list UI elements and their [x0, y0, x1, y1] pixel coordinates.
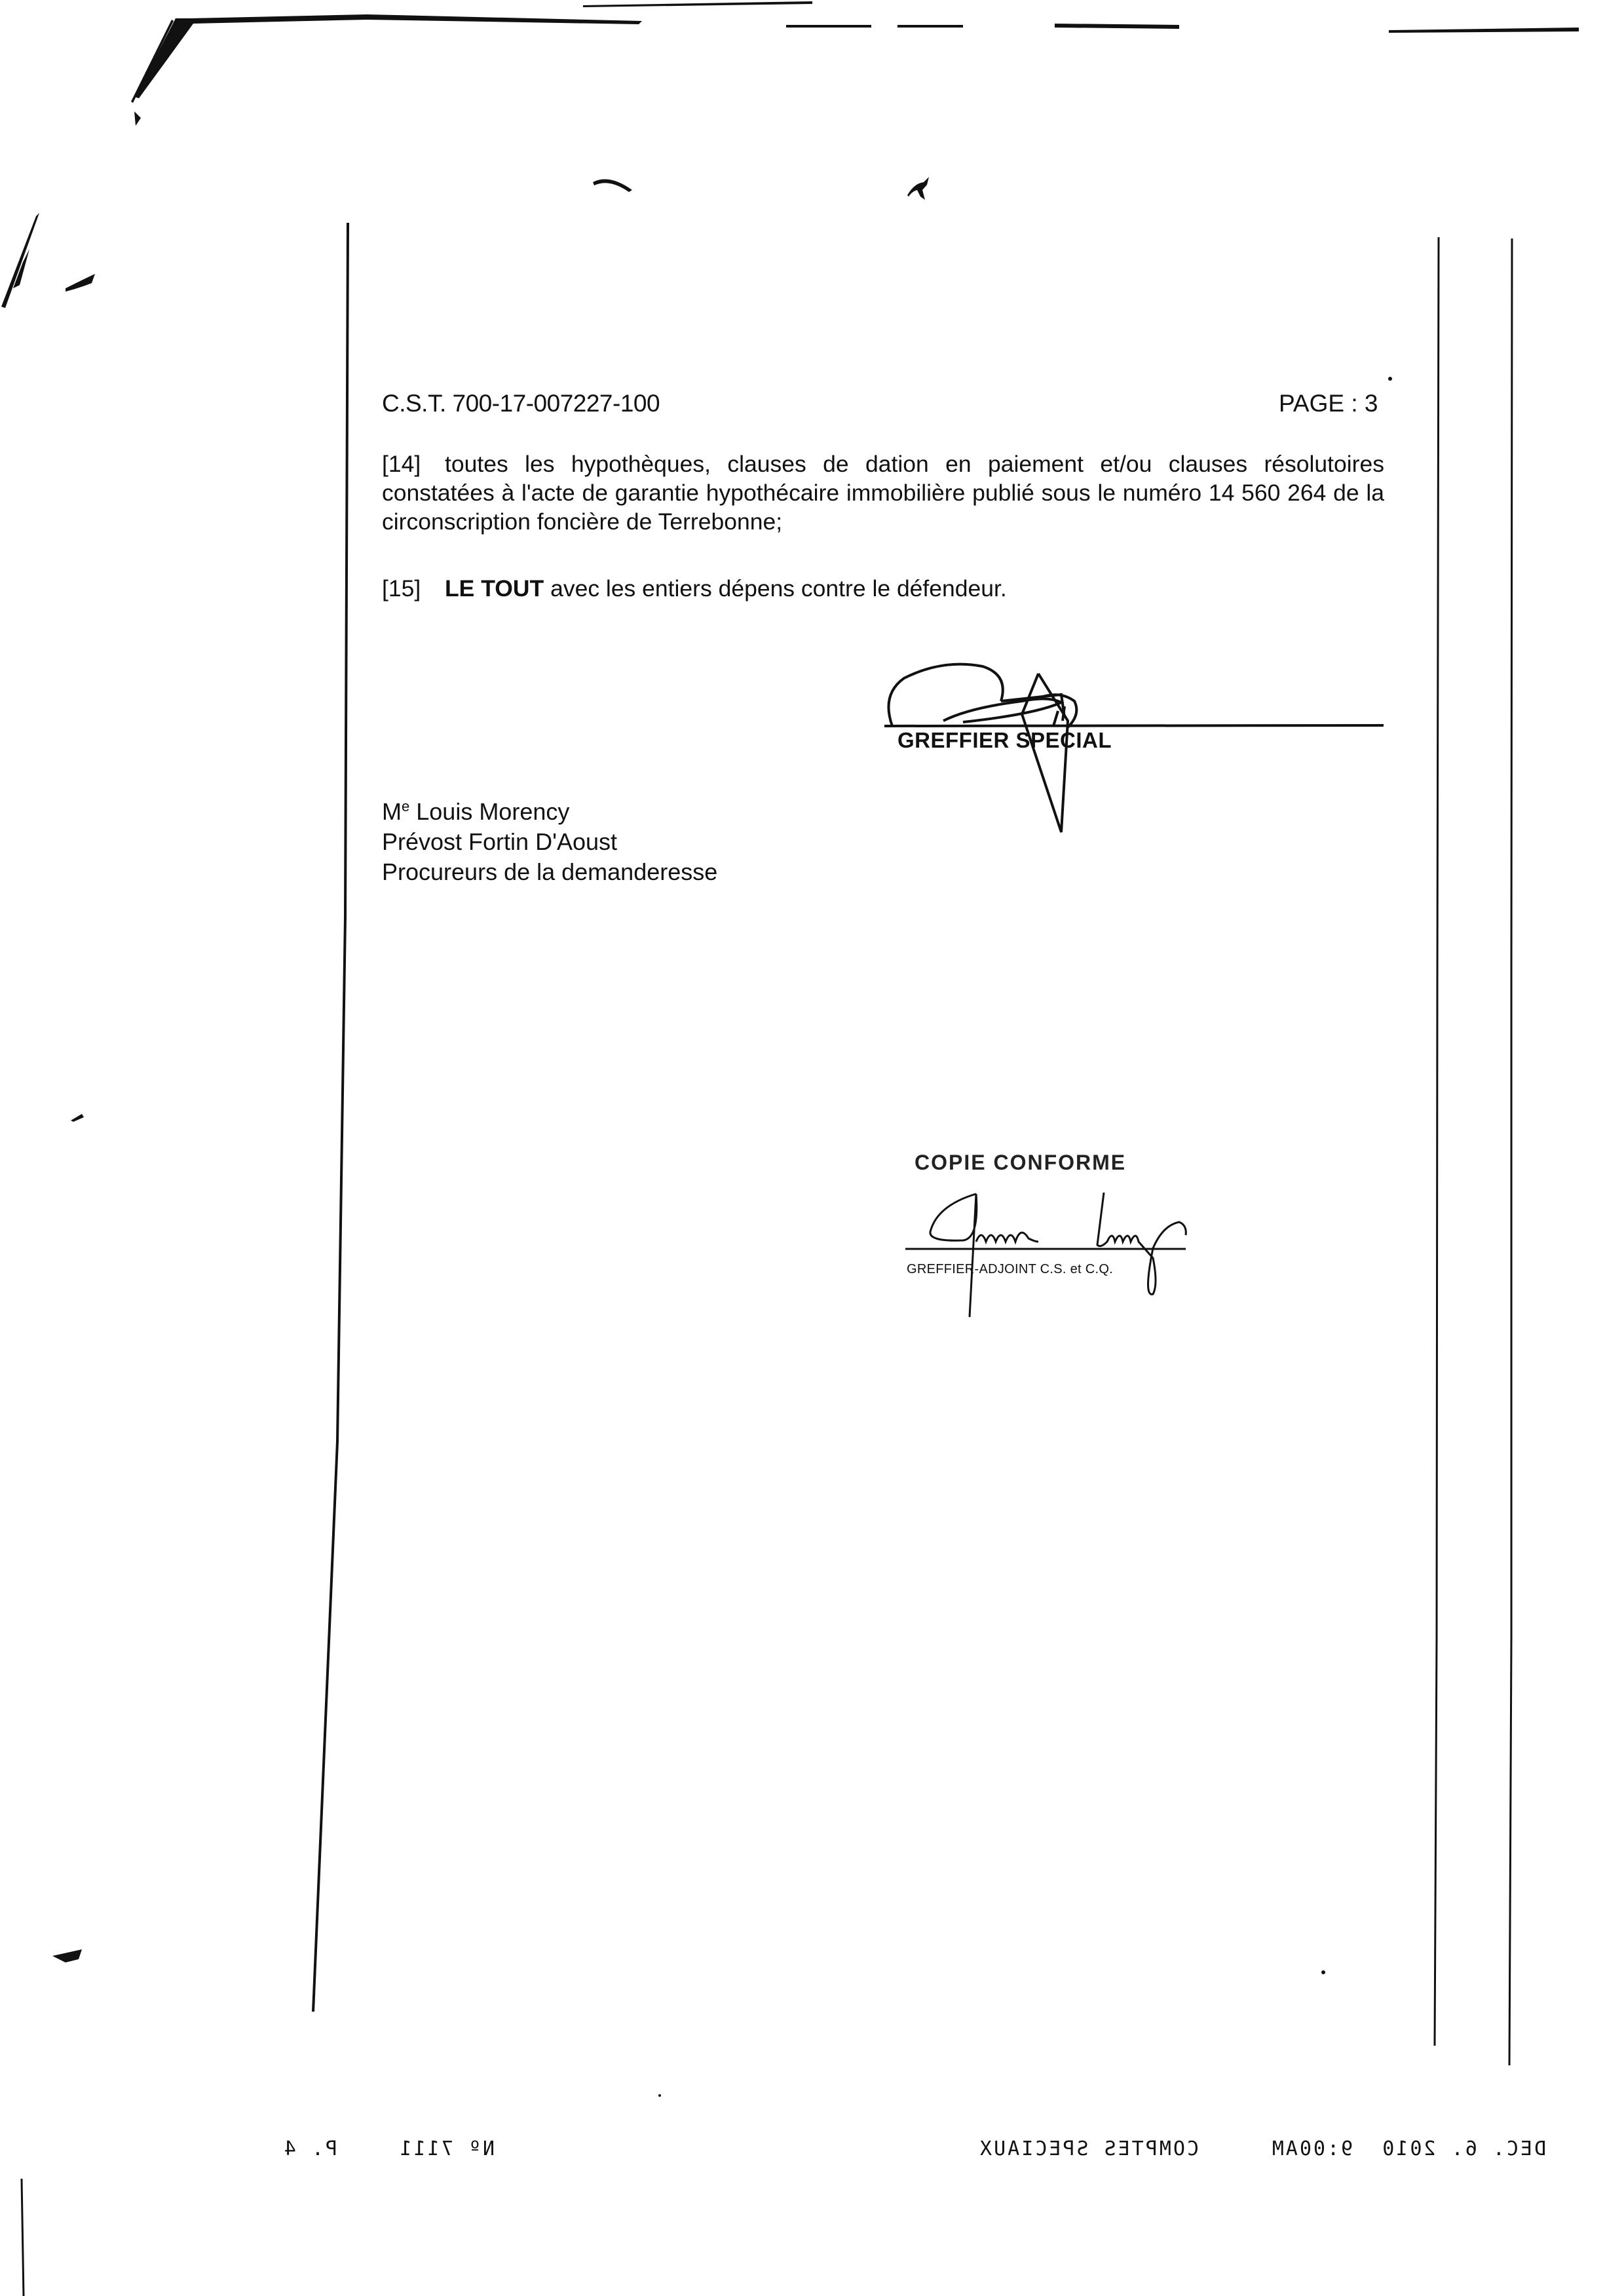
greffier-adjoint-label: GREFFIER-ADJOINT C.S. et C.Q. [907, 1255, 1113, 1284]
left-border-line [313, 223, 348, 2012]
copie-conforme-stamp: COPIE CONFORME [915, 1148, 1126, 1177]
attorney-name: Me Louis Morency [382, 792, 717, 827]
page-number: PAGE : 3 [1279, 389, 1378, 418]
paragraph-15: [15]LE TOUT avec les entiers dépens cont… [382, 574, 1384, 603]
case-number: C.S.T. 700-17-007227-100 [382, 389, 660, 418]
paragraph-number: [15] [382, 574, 445, 603]
right-border-line-2 [1509, 239, 1512, 2065]
fax-sender: COMPTES SPECIAUX [897, 2135, 1199, 2164]
paragraph-lead: LE TOUT [445, 575, 544, 602]
fax-date: DEC. 6. 2010 9:00AM [1284, 2135, 1546, 2164]
paragraph-number: [14] [382, 450, 445, 478]
attorney-role: Procureurs de la demanderesse [382, 857, 717, 887]
fax-page: P. 4 [265, 2135, 337, 2164]
page-fold-edge [135, 14, 642, 98]
greffier-special-label: GREFFIER SPECIAL [897, 726, 1112, 755]
fax-number: Nº 7111 [390, 2135, 495, 2164]
paragraph-text: avec les entiers dépens contre le défend… [544, 575, 1007, 602]
scan-artifacts [0, 0, 1624, 2296]
right-border-line-1 [1435, 237, 1439, 2046]
attorney-firm: Prévost Fortin D'Aoust [382, 827, 717, 857]
attorney-block: Me Louis Morency Prévost Fortin D'Aoust … [382, 792, 717, 887]
paragraph-text: toutes les hypothèques, clauses de datio… [382, 451, 1384, 535]
paragraph-14: [14]toutes les hypothèques, clauses de d… [382, 450, 1384, 536]
